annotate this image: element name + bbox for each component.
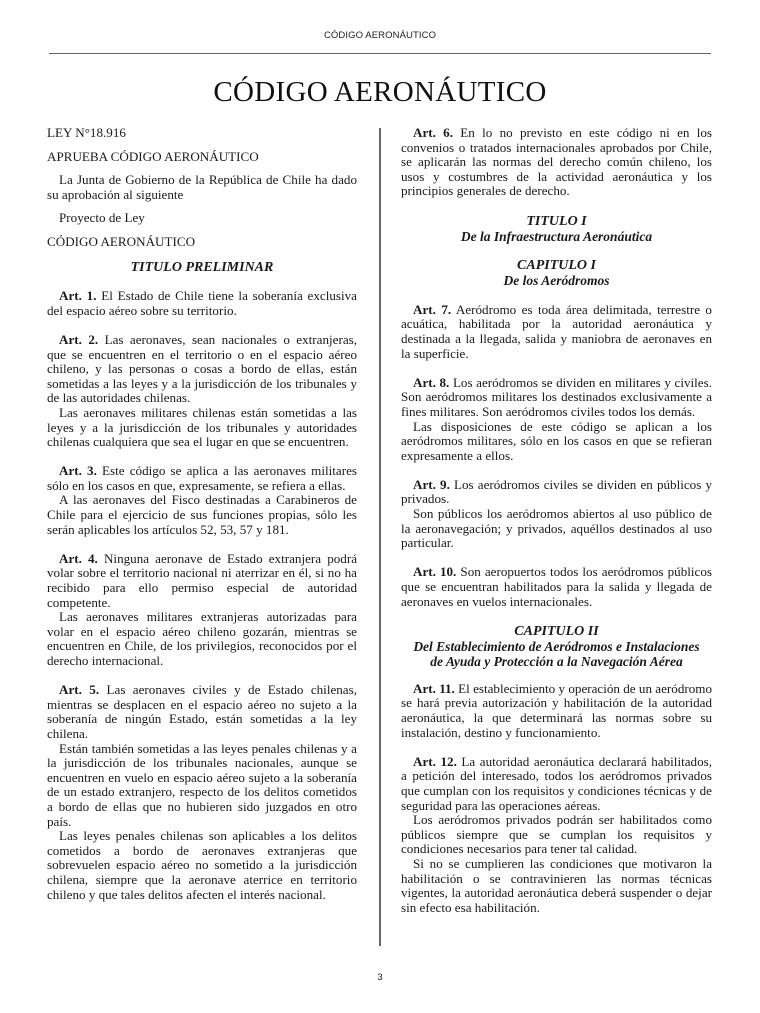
law-number: LEY N°18.916 (47, 126, 357, 141)
article-2: Art. 2. Las aeronaves, sean nacionales o… (47, 333, 357, 406)
article-8: Art. 8. Los aeródromos se dividen en mil… (401, 376, 712, 420)
article-5-paragraph-2: Las leyes penales chilenas son aplicable… (47, 829, 357, 902)
capitulo-1-label: CAPITULO I (401, 258, 712, 273)
article-4: Art. 4. Ninguna aeronave de Estado extra… (47, 552, 357, 610)
running-header: CÓDIGO AERONÁUTICO (0, 30, 760, 41)
article-2-paragraph: Las aeronaves militares chilenas están s… (47, 406, 357, 450)
article-3-paragraph: A las aeronaves del Fisco destinadas a C… (47, 493, 357, 537)
article-6: Art. 6. En lo no previsto en este código… (401, 126, 712, 199)
document-title: CÓDIGO AERONÁUTICO (0, 76, 760, 109)
capitulo-2-subtitle-1: Del Establecimiento de Aeródromos e Inst… (401, 639, 712, 654)
titulo-1-heading: TITULO I De la Infraestructura Aeronáuti… (401, 214, 712, 244)
capitulo-2-heading: CAPITULO II Del Establecimiento de Aeród… (401, 624, 712, 669)
capitulo-2-label: CAPITULO II (401, 624, 712, 639)
left-column: LEY N°18.916 APRUEBA CÓDIGO AERONÁUTICO … (47, 126, 357, 902)
article-8-paragraph: Las disposiciones de este código se apli… (401, 420, 712, 464)
capitulo-1-heading: CAPITULO I De los Aeródromos (401, 258, 712, 288)
intro-paragraph: La Junta de Gobierno de la República de … (47, 173, 357, 202)
article-9: Art. 9. Los aeródromos civiles se divide… (401, 478, 712, 507)
article-4-paragraph: Las aeronaves militares extranjeras auto… (47, 610, 357, 668)
right-column: Art. 6. En lo no previsto en este código… (401, 126, 712, 915)
article-12-paragraph-1: Los aeródromos privados podrán ser habil… (401, 813, 712, 857)
article-5: Art. 5. Las aeronaves civiles y de Estad… (47, 683, 357, 741)
law-subject: APRUEBA CÓDIGO AERONÁUTICO (47, 150, 357, 165)
article-1: Art. 1. El Estado de Chile tiene la sobe… (47, 289, 357, 318)
article-5-paragraph-1: Están también sometidas a las leyes pena… (47, 742, 357, 830)
article-9-paragraph: Son públicos los aeródromos abiertos al … (401, 507, 712, 551)
capitulo-2-subtitle-2: de Ayuda y Protección a la Navegación Aé… (401, 654, 712, 669)
article-7: Art. 7. Aeródromo es toda área delimitad… (401, 303, 712, 361)
titulo-1-subtitle: De la Infraestructura Aeronáutica (401, 229, 712, 244)
column-divider (379, 128, 381, 946)
titulo-1-label: TITULO I (401, 214, 712, 229)
capitulo-1-subtitle: De los Aeródromos (401, 273, 712, 288)
header-rule (49, 53, 711, 54)
article-3: Art. 3. Este código se aplica a las aero… (47, 464, 357, 493)
page-number: 3 (0, 972, 760, 983)
project-label: Proyecto de Ley (47, 211, 357, 226)
titulo-preliminar-heading: TITULO PRELIMINAR (47, 259, 357, 275)
article-10: Art. 10. Son aeropuertos todos los aeród… (401, 565, 712, 609)
article-11: Art. 11. El establecimiento y operación … (401, 682, 712, 740)
article-12-paragraph-2: Si no se cumplieren las condiciones que … (401, 857, 712, 915)
code-label: CÓDIGO AERONÁUTICO (47, 235, 357, 250)
article-12: Art. 12. La autoridad aeronáutica declar… (401, 755, 712, 813)
